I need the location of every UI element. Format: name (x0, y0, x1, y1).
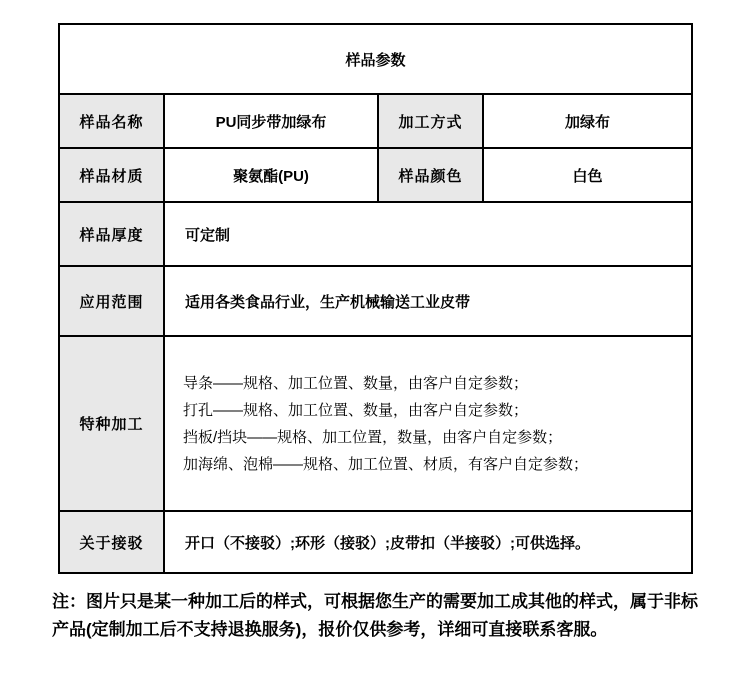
process-method-value: 加绿布 (483, 94, 692, 148)
application-value: 适用各类食品行业，生产机械输送工业皮带 (164, 266, 692, 336)
special-processing-line-punch: 打孔——规格、加工位置、数量，由客户自定参数； (183, 397, 691, 424)
material-label: 样品材质 (59, 148, 164, 202)
material-value: 聚氨酯(PU) (164, 148, 378, 202)
title-row: 样品参数 (59, 24, 692, 94)
thickness-label: 样品厚度 (59, 202, 164, 266)
special-processing-line-guide: 导条——规格、加工位置、数量，由客户自定参数； (183, 370, 691, 397)
spec-table: 样品参数 样品名称 PU同步带加绿布 加工方式 加绿布 样品材质 聚氨酯(PU)… (58, 23, 693, 574)
sample-name-label: 样品名称 (59, 94, 164, 148)
thickness-value: 可定制 (164, 202, 692, 266)
color-value: 白色 (483, 148, 692, 202)
footer-note: 注：图片只是某一种加工后的样式，可根据您生产的需要加工成其他的样式，属于非标产品… (52, 588, 707, 644)
row-joint: 关于接驳 开口（不接驳）;环形（接驳）;皮带扣（半接驳）;可供选择。 (59, 511, 692, 573)
special-processing-value: 导条——规格、加工位置、数量，由客户自定参数； 打孔——规格、加工位置、数量，由… (164, 336, 692, 511)
row-material: 样品材质 聚氨酯(PU) 样品颜色 白色 (59, 148, 692, 202)
special-processing-label: 特种加工 (59, 336, 164, 511)
sample-name-value: PU同步带加绿布 (164, 94, 378, 148)
special-processing-line-sponge: 加海绵、泡棉——规格、加工位置、材质，有客户自定参数； (183, 451, 691, 478)
row-sample-name: 样品名称 PU同步带加绿布 加工方式 加绿布 (59, 94, 692, 148)
row-thickness: 样品厚度 可定制 (59, 202, 692, 266)
product-spec-page: 样品参数 样品名称 PU同步带加绿布 加工方式 加绿布 样品材质 聚氨酯(PU)… (0, 0, 750, 690)
row-special-processing: 特种加工 导条——规格、加工位置、数量，由客户自定参数； 打孔——规格、加工位置… (59, 336, 692, 511)
special-processing-line-baffle: 挡板/挡块——规格、加工位置，数量，由客户自定参数； (183, 424, 691, 451)
table-title: 样品参数 (59, 24, 692, 94)
application-label: 应用范围 (59, 266, 164, 336)
color-label: 样品颜色 (378, 148, 483, 202)
joint-value: 开口（不接驳）;环形（接驳）;皮带扣（半接驳）;可供选择。 (164, 511, 692, 573)
process-method-label: 加工方式 (378, 94, 483, 148)
joint-label: 关于接驳 (59, 511, 164, 573)
row-application: 应用范围 适用各类食品行业，生产机械输送工业皮带 (59, 266, 692, 336)
